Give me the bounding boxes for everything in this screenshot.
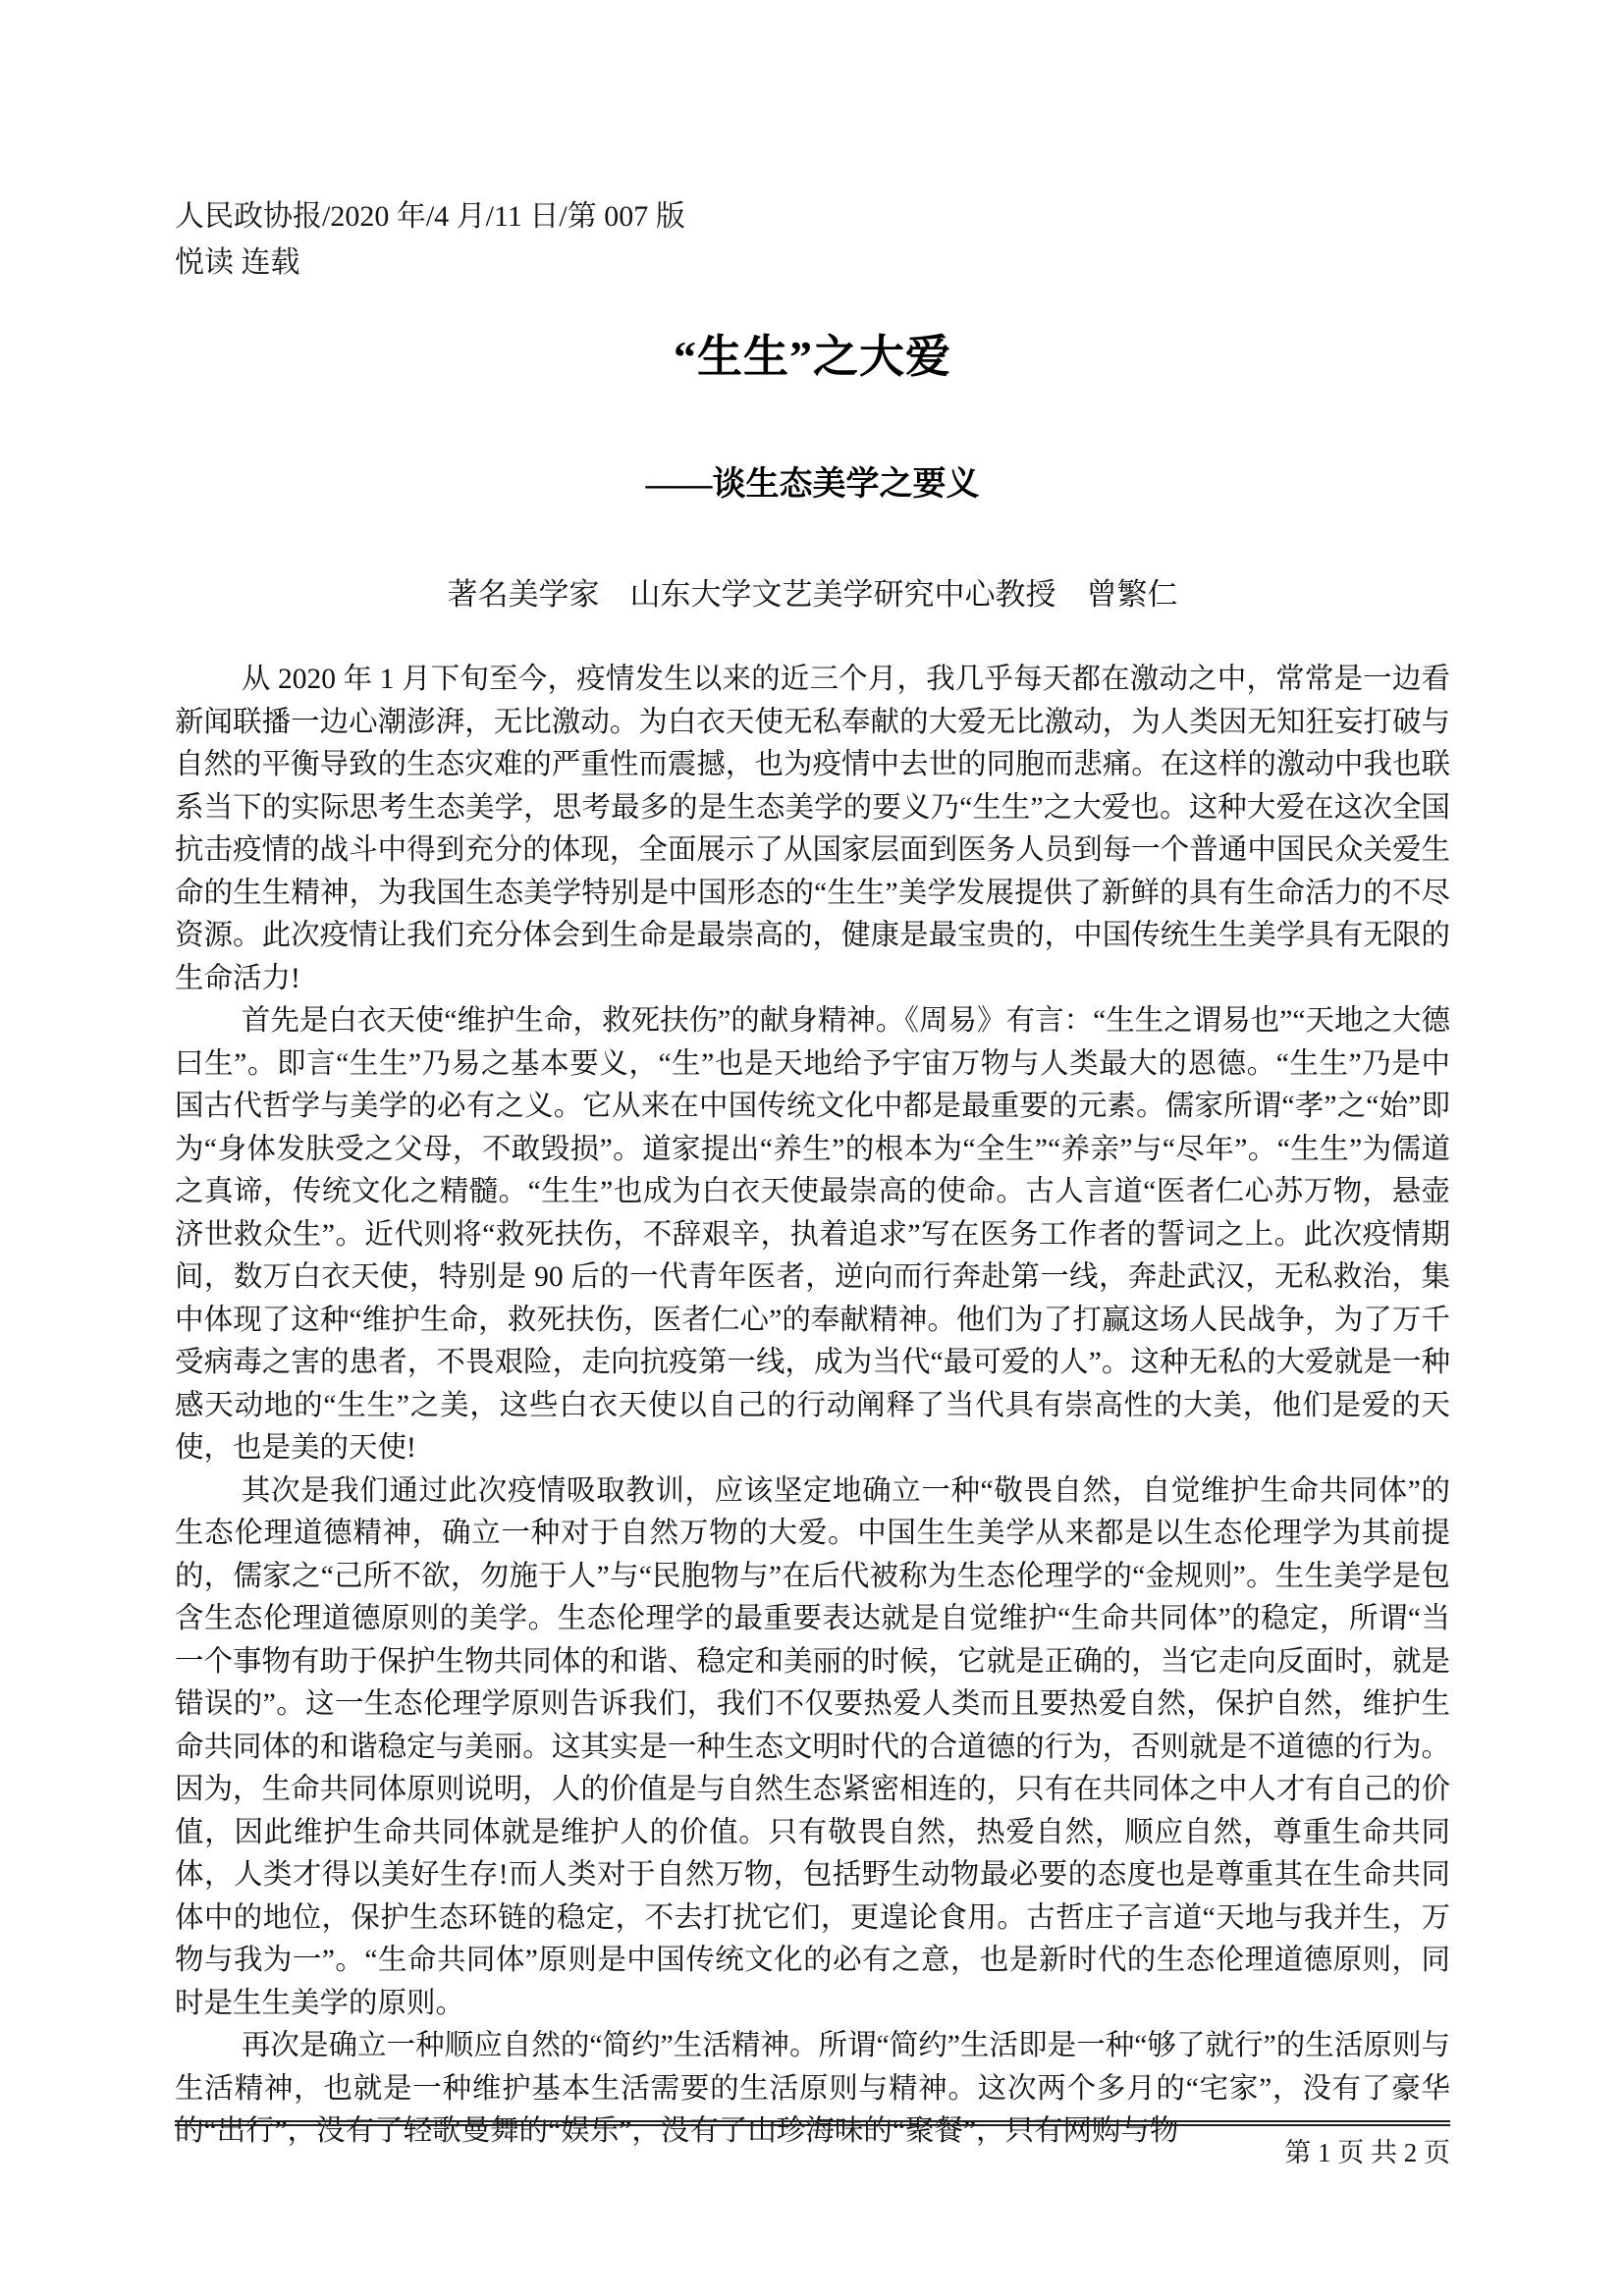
article-body: 从 2020 年 1 月下旬至今，疫情发生以来的近三个月，我几乎每天都在激动之中… — [175, 659, 1450, 2154]
section-info: 悦读 连载 — [175, 240, 1450, 286]
article-paragraph: 首先是白衣天使“维护生命，救死扶伤”的献身精神。《周易》有言：“生生之谓易也”“… — [175, 1000, 1450, 1470]
document-page: 人民政协报/2020 年/4 月/11 日/第 007 版 悦读 连载 “生生”… — [0, 0, 1623, 2296]
article-byline: 著名美学家 山东大学文艺美学研究中心教授 曾繁仁 — [175, 569, 1450, 614]
page-footer: 第 1 页 共 2 页 — [175, 2120, 1450, 2169]
article-paragraph: 从 2020 年 1 月下旬至今，疫情发生以来的近三个月，我几乎每天都在激动之中… — [175, 659, 1450, 1000]
article-paragraph: 其次是我们通过此次疫情吸取教训，应该坚定地确立一种“敬畏自然，自觉维护生命共同体… — [175, 1470, 1450, 2026]
footer-divider — [175, 2120, 1450, 2126]
article-title: “生生”之大爱 — [175, 321, 1450, 386]
publication-info: 人民政协报/2020 年/4 月/11 日/第 007 版 — [175, 193, 1450, 240]
page-number: 第 1 页 共 2 页 — [175, 2131, 1450, 2169]
article-subtitle: ——谈生态美学之要义 — [175, 456, 1450, 505]
publication-header: 人民政协报/2020 年/4 月/11 日/第 007 版 悦读 连载 — [175, 193, 1450, 286]
